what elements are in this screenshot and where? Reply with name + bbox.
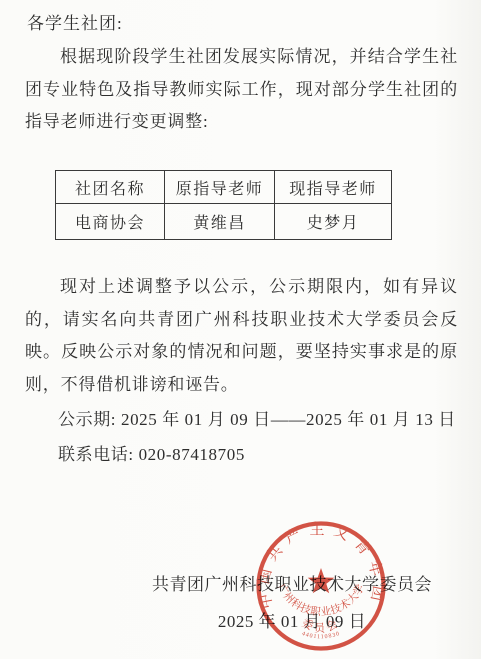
header-club-name: 社团名称 (56, 171, 165, 204)
header-current-advisor: 现指导老师 (275, 171, 392, 204)
paragraph-publicity: 现对上述调整予以公示，公示期限内，如有异议的，请实名向共青团广州科技职业技术大学… (25, 271, 458, 401)
salutation: 各学生社团: (27, 9, 123, 34)
signature-org: 共青团广州科技职业技术大学委员会 (103, 566, 481, 603)
advisor-change-table: 社团名称 原指导老师 现指导老师 电商协会 黄维昌 史梦月 (55, 170, 392, 240)
paragraph-intro: 根据现阶段学生社团发展实际情况，并结合学生社团专业特色及指导教师实际工作，现对部… (25, 41, 458, 139)
table-header-row: 社团名称 原指导老师 现指导老师 (56, 171, 392, 204)
header-original-advisor: 原指导老师 (165, 171, 275, 204)
cell-original-advisor: 黄维昌 (165, 204, 275, 240)
signature-date: 2025 年 01 月 09 日 (103, 603, 481, 640)
contact-phone-line: 联系电话: 020-87418705 (58, 440, 245, 465)
signature-block: 共青团广州科技职业技术大学委员会 2025 年 01 月 09 日 (103, 566, 481, 640)
cell-club-name: 电商协会 (56, 204, 165, 240)
cell-current-advisor: 史梦月 (275, 204, 392, 240)
table-row: 电商协会 黄维昌 史梦月 (56, 204, 392, 240)
document-page: 各学生社团: 根据现阶段学生社团发展实际情况，并结合学生社团专业特色及指导教师实… (0, 0, 481, 659)
publicity-period-line: 公示期: 2025 年 01 月 09 日——2025 年 01 月 13 日 (58, 405, 456, 430)
